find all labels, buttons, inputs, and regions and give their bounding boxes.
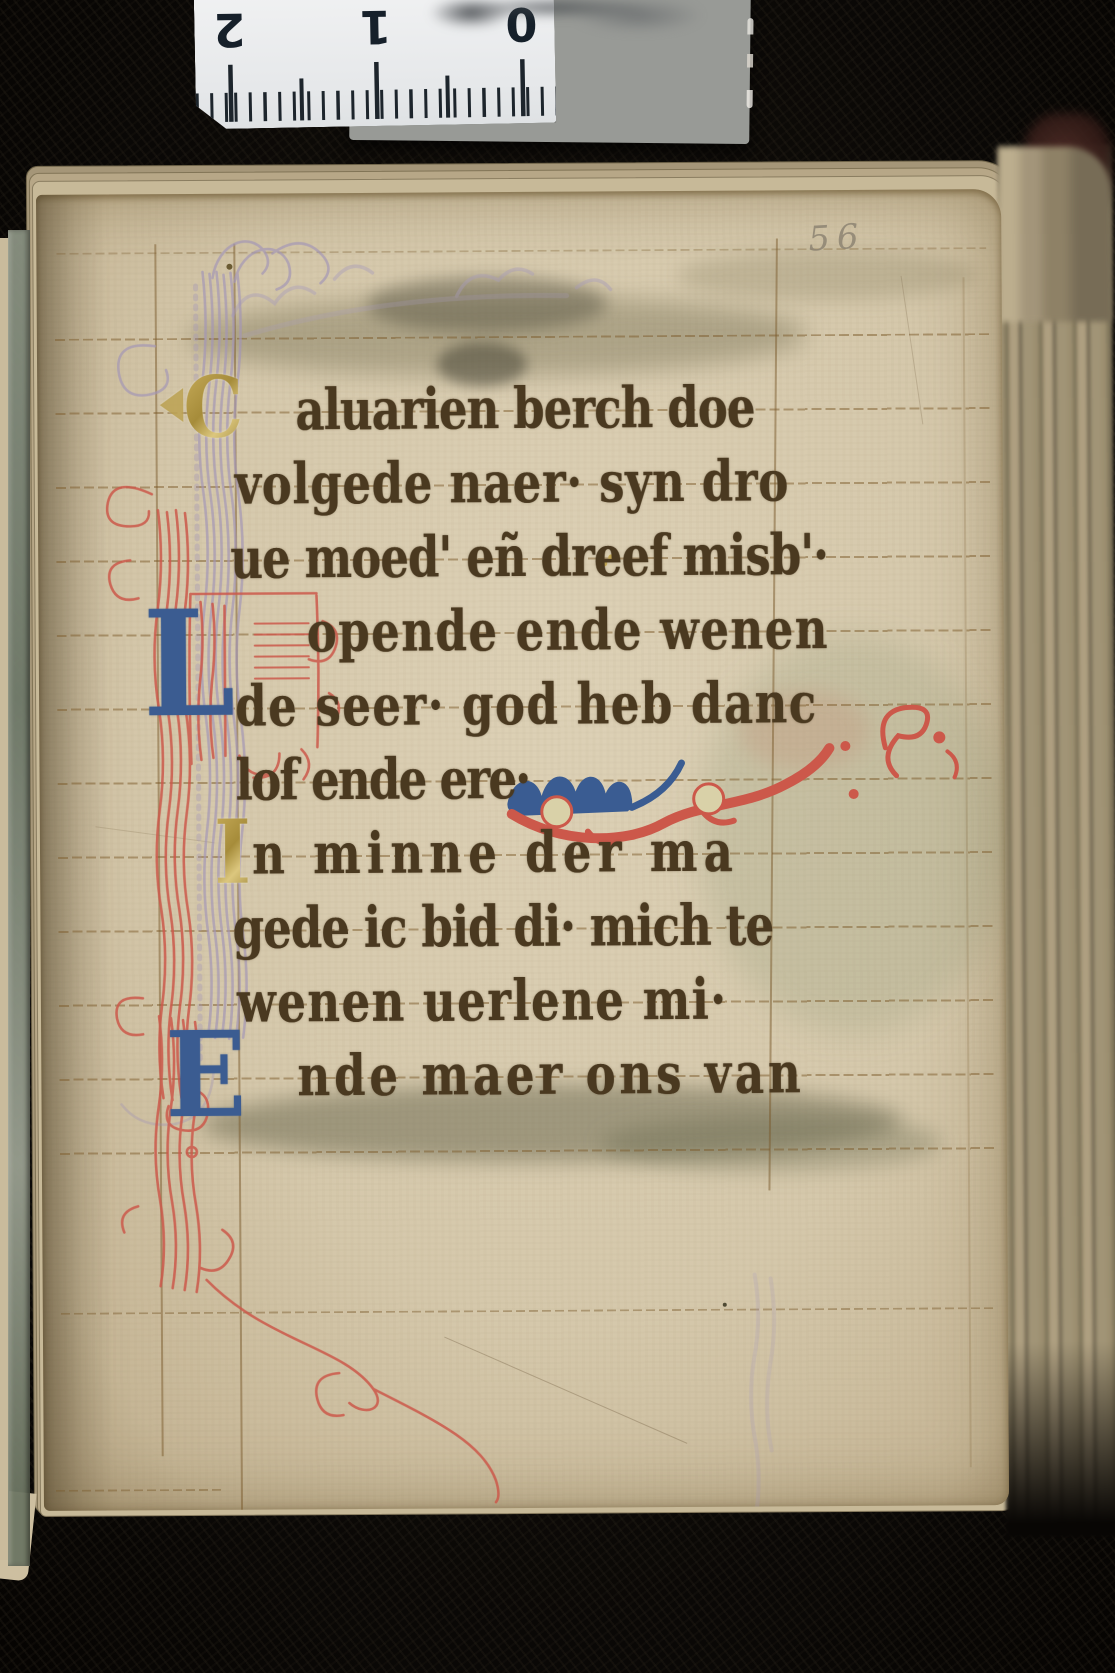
folio-number: 56 — [807, 216, 867, 259]
manuscript-page: 56 C aluarien berch doe volgede naer· sy… — [36, 189, 1009, 1511]
text-line-content: aluarien berch doe — [295, 377, 755, 442]
manuscript-text-line: C aluarien berch doe — [295, 376, 869, 446]
manuscript-text-line: gede ic bid di· mich te — [232, 894, 908, 964]
manuscript-photo-scene: 2 1 0 — [0, 0, 1115, 1673]
text-line-content: volgede naer· syn dro — [235, 450, 789, 515]
text-line-content: ue moed' eñ dreef misb'· — [230, 524, 828, 590]
text-line-content: lof ende ere· — [235, 748, 529, 812]
illuminated-initial: C — [183, 366, 244, 450]
glass-edge — [8, 230, 30, 1566]
stacked-page-corners — [998, 146, 1112, 322]
manuscript-text-line: wenen uerlene mi· — [237, 968, 850, 1038]
manuscript-text-line: ue moed' eñ dreef misb'· — [230, 523, 977, 594]
manuscript-text-line: de seer· god heb danc — [235, 671, 963, 741]
manuscript-text-line: lof ende ere· — [235, 747, 602, 815]
text-line-content: n minne der ma — [252, 821, 739, 886]
manuscript-text-line: L opende ende wenen — [306, 597, 959, 667]
book-fore-edge — [998, 144, 1115, 1537]
illuminated-initial: E — [165, 1016, 247, 1134]
text-line-content: wenen uerlene mi· — [237, 969, 728, 1034]
manuscript-text-line: I n minne der ma — [252, 820, 861, 890]
illuminated-initial: L — [142, 592, 235, 739]
text-line-content: nde maer ons van — [297, 1042, 804, 1107]
open-book: 56 C aluarien berch doe volgede naer· sy… — [0, 0, 1115, 1673]
illuminated-initial: I — [214, 808, 252, 896]
manuscript-text-line: volgede naer· syn dro — [235, 450, 928, 520]
text-line-content: de seer· god heb danc — [235, 672, 818, 738]
manuscript-text-line: E nde maer ons van — [297, 1041, 931, 1111]
text-line-content: opende ende wenen — [306, 598, 828, 663]
text-line-content: gede ic bid di· mich te — [232, 894, 773, 959]
